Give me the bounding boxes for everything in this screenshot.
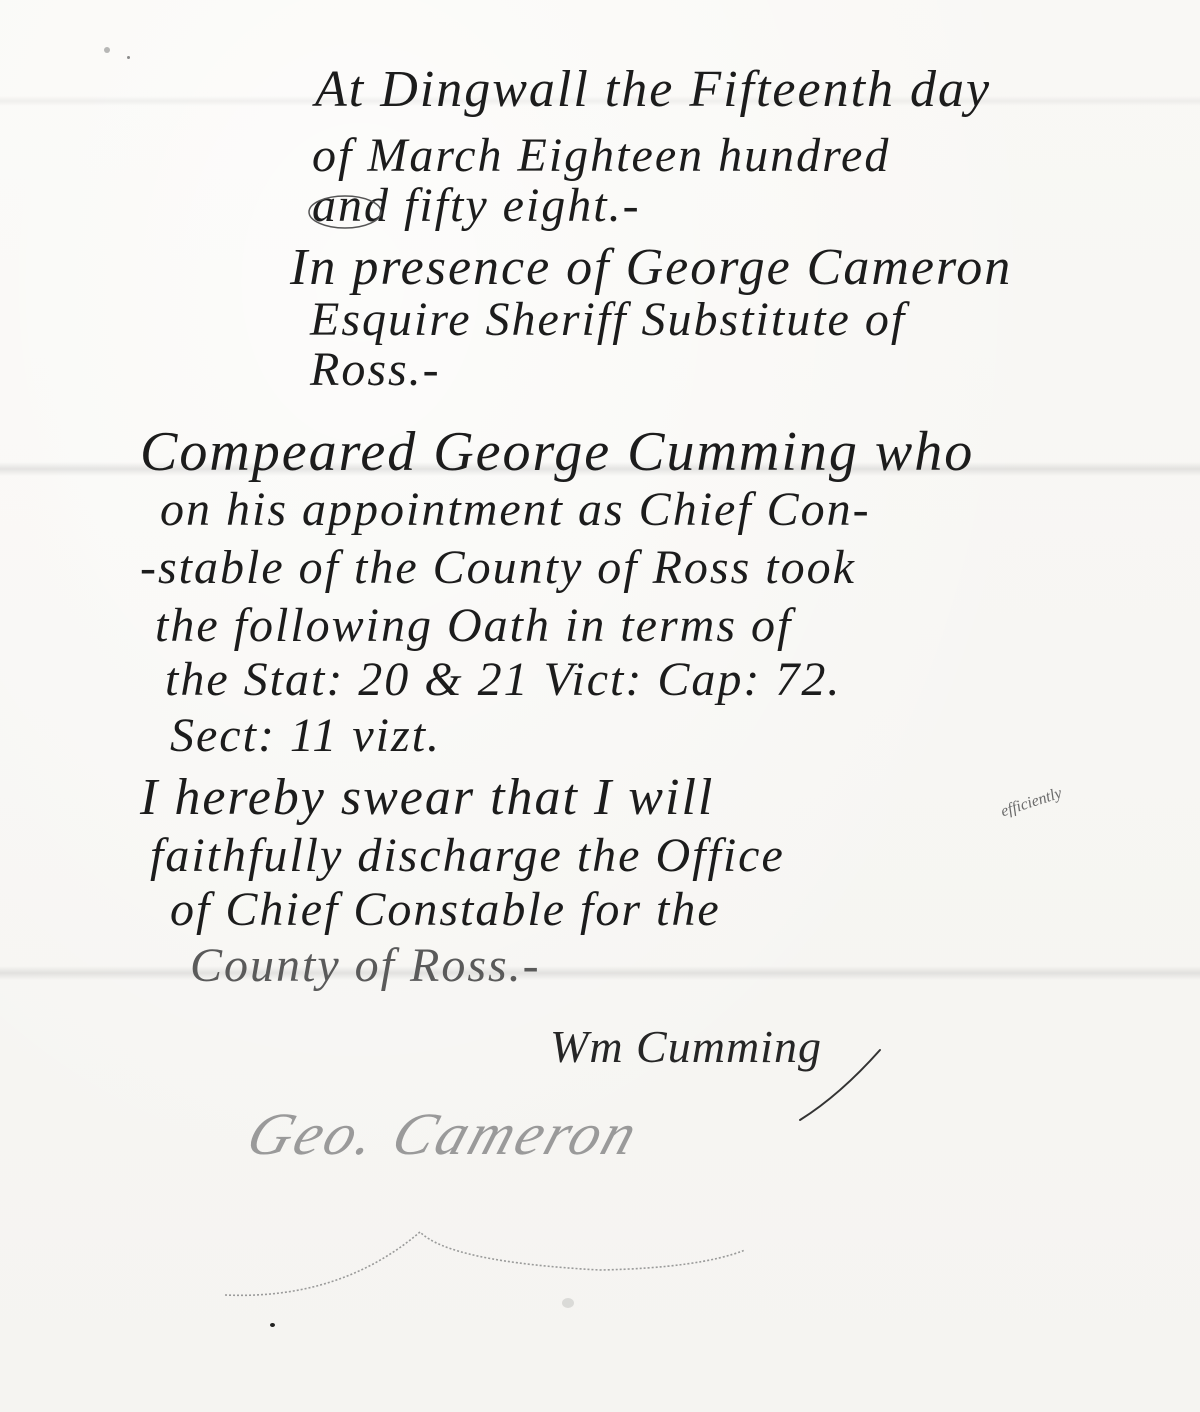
signature-flourish	[0, 0, 1200, 1412]
document-page: At Dingwall the Fifteenth day of March E…	[0, 0, 1200, 1412]
